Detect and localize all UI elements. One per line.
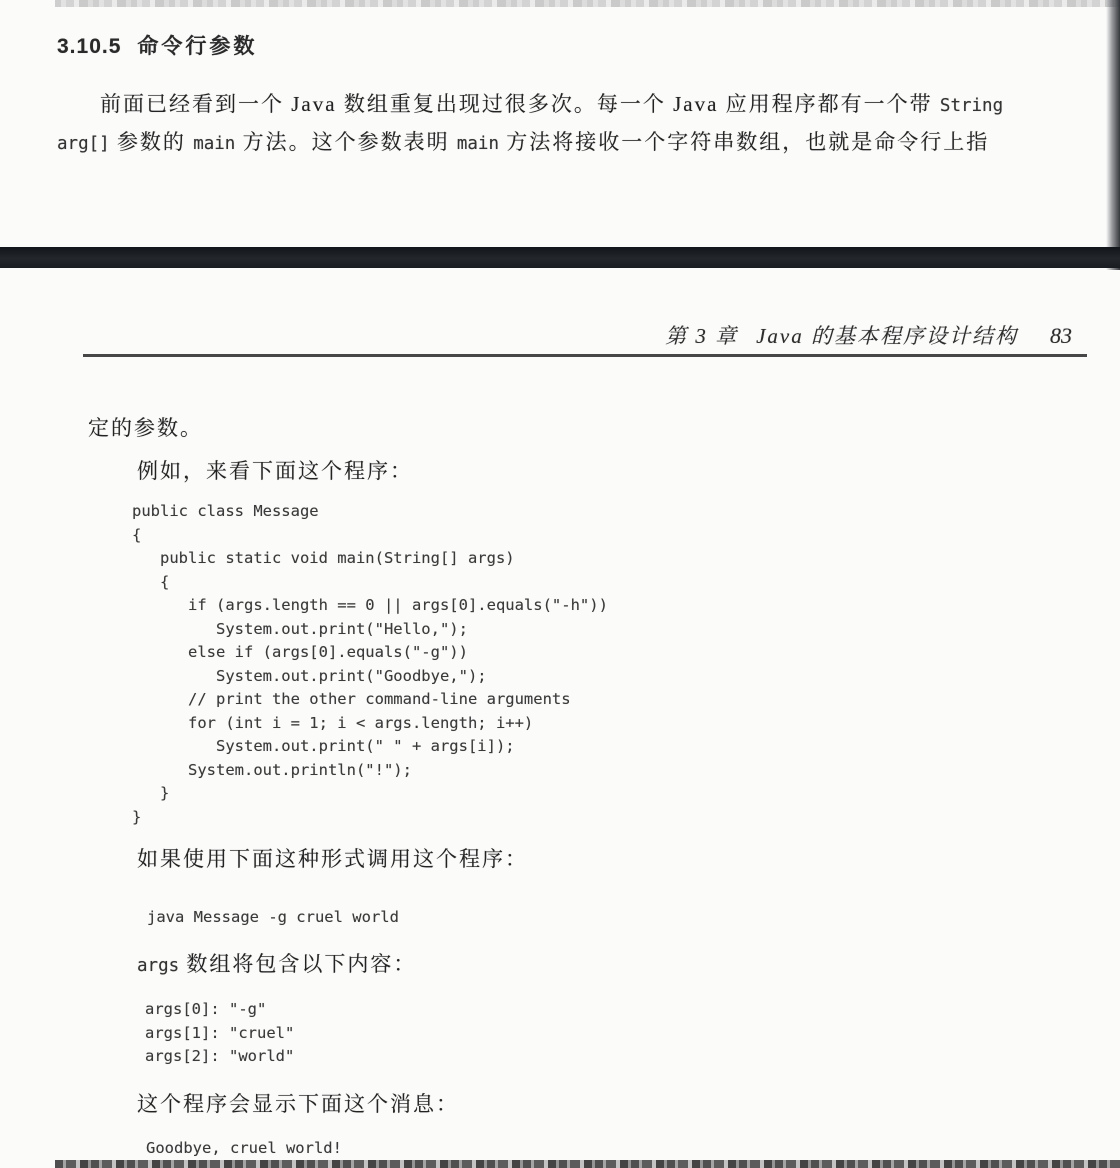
header-rule — [83, 354, 1087, 357]
section-title: 命令行参数 — [137, 35, 257, 58]
running-header: 第 3 章 Java 的基本程序设计结构 83 — [665, 320, 1072, 350]
section-number: 3.10.5 — [57, 35, 121, 58]
args-label-text: args 数组将包含以下内容： — [137, 948, 416, 978]
top-edge-scan-artifact — [55, 0, 1120, 7]
command-line-example: java Message -g cruel world — [147, 906, 399, 930]
chapter-label: 第 3 章 — [665, 320, 738, 350]
page-number: 83 — [1050, 323, 1072, 349]
example-intro-text: 例如，来看下面这个程序： — [137, 455, 413, 485]
java-code-listing: public class Message { public static voi… — [132, 500, 608, 829]
section-heading: 3.10.5命令行参数 — [57, 30, 257, 60]
result-intro-text: 这个程序会显示下面这个消息： — [137, 1088, 459, 1118]
paragraph-line-1: 前面已经看到一个 Java 数组重复出现过很多次。每一个 Java 应用程序都有… — [100, 88, 1003, 118]
scanned-book-page: 3.10.5命令行参数 前面已经看到一个 Java 数组重复出现过很多次。每一个… — [0, 0, 1120, 1168]
paragraph-continuation: 定的参数。 — [88, 412, 203, 442]
bottom-edge-scan-artifact — [55, 1160, 1120, 1168]
chapter-title: Java 的基本程序设计结构 — [756, 320, 1018, 350]
right-page-edge-shadow — [1106, 0, 1120, 270]
invoke-intro-text: 如果使用下面这种形式调用这个程序： — [137, 843, 528, 873]
args-output-listing: args[0]: "-g" args[1]: "cruel" args[2]: … — [145, 998, 294, 1069]
paragraph-line-2: arg[] 参数的 main 方法。这个参数表明 main 方法将接收一个字符串… — [57, 126, 989, 156]
page-divider-band — [0, 247, 1120, 268]
program-output-line: Goodbye, cruel world! — [146, 1137, 342, 1161]
